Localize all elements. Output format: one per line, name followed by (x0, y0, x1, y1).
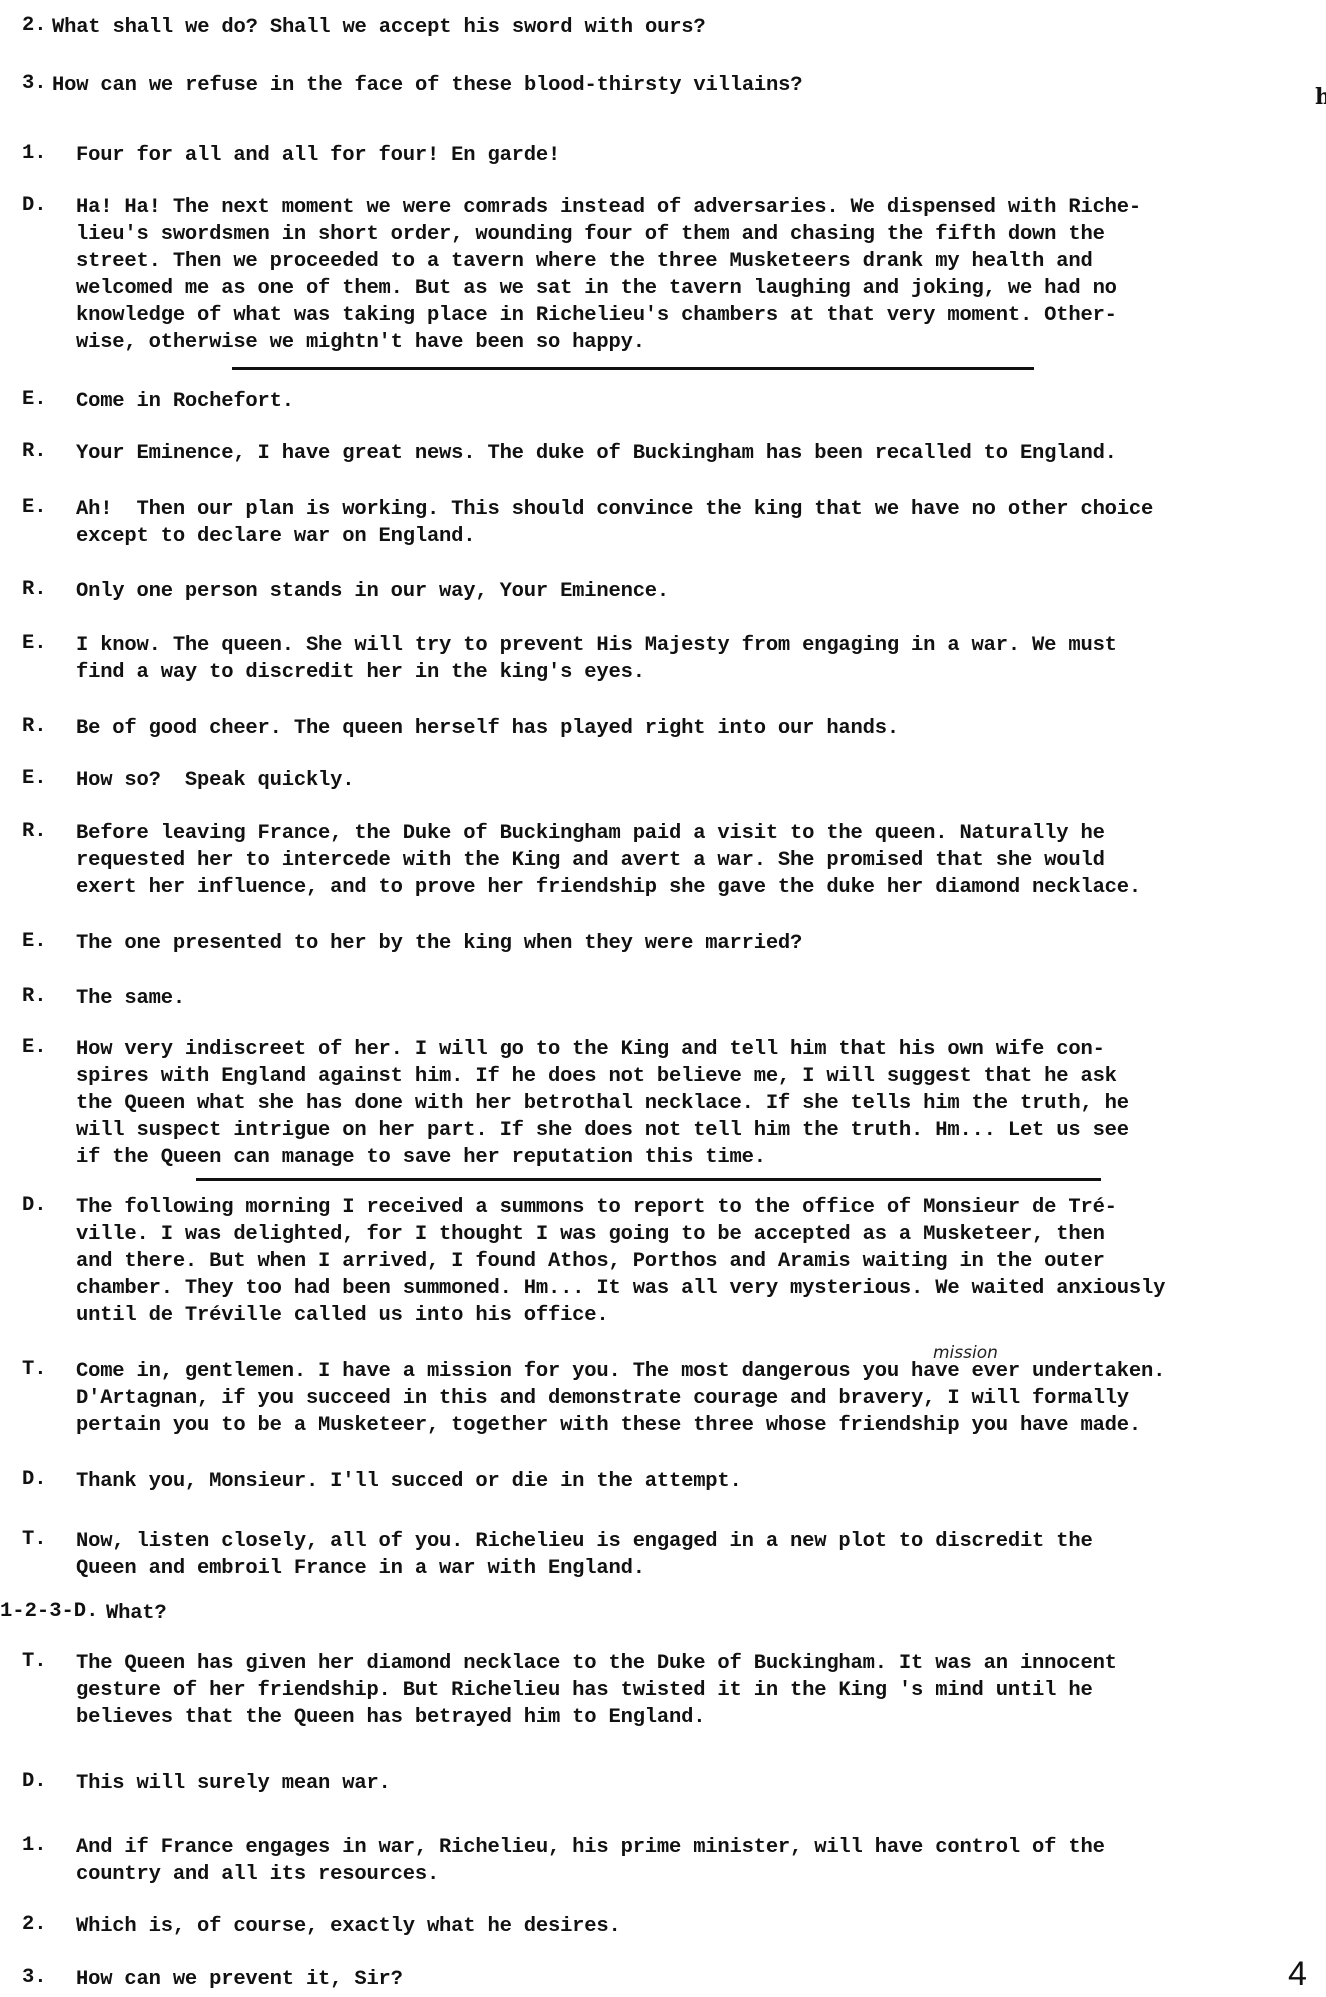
text-line: This will surely mean war. (76, 1770, 391, 1797)
text-line: I know. The queen. She will try to preve… (76, 632, 1117, 659)
text-line: Four for all and all for four! En garde! (76, 142, 560, 169)
text-line: ville. I was delighted, for I thought I … (76, 1221, 1165, 1248)
text-line: pertain you to be a Musketeer, together … (76, 1412, 1165, 1439)
text-line: until de Tréville called us into his off… (76, 1302, 1165, 1329)
speaker-label: T. (22, 1528, 47, 1551)
text-line: will suspect intrigue on her part. If sh… (76, 1117, 1129, 1144)
dialogue-text: Ah! Then our plan is working. This shoul… (76, 496, 1153, 550)
text-line: Now, listen closely, all of you. Richeli… (76, 1528, 1093, 1555)
text-line: lieu's swordsmen in short order, woundin… (76, 221, 1141, 248)
text-line: if the Queen can manage to save her repu… (76, 1144, 1129, 1171)
dialogue-text: How can we refuse in the face of these b… (52, 72, 802, 99)
text-line: How very indiscreet of her. I will go to… (76, 1036, 1129, 1063)
text-line: street. Then we proceeded to a tavern wh… (76, 248, 1141, 275)
text-line: Only one person stands in our way, Your … (76, 578, 669, 605)
text-line: Come in, gentlemen. I have a mission for… (76, 1358, 1165, 1385)
speaker-label: E. (22, 496, 47, 519)
speaker-label: D. (22, 1770, 47, 1793)
speaker-label: T. (22, 1358, 47, 1381)
text-line: Before leaving France, the Duke of Bucki… (76, 820, 1141, 847)
text-line: D'Artagnan, if you succeed in this and d… (76, 1385, 1165, 1412)
speaker-label: 1. (22, 142, 47, 165)
text-line: welcomed me as one of them. But as we sa… (76, 275, 1141, 302)
dialogue-text: This will surely mean war. (76, 1770, 391, 1797)
text-line: except to declare war on England. (76, 523, 1153, 550)
text-line: country and all its resources. (76, 1861, 1105, 1888)
text-line: chamber. They too had been summoned. Hm.… (76, 1275, 1165, 1302)
text-line: The one presented to her by the king whe… (76, 930, 802, 957)
dialogue-text: What shall we do? Shall we accept his sw… (52, 14, 706, 41)
text-line: spires with England against him. If he d… (76, 1063, 1129, 1090)
text-line: How can we refuse in the face of these b… (52, 72, 802, 99)
speaker-label: R. (22, 820, 47, 843)
text-line: Thank you, Monsieur. I'll succed or die … (76, 1468, 742, 1495)
speaker-label: E. (22, 1036, 47, 1059)
section-divider (196, 1178, 1101, 1181)
speaker-label: R. (22, 715, 47, 738)
dialogue-text: How very indiscreet of her. I will go to… (76, 1036, 1129, 1171)
text-line: knowledge of what was taking place in Ri… (76, 302, 1141, 329)
corner-mark: h (1315, 84, 1326, 110)
section-divider (232, 367, 1034, 370)
dialogue-text: Come in Rochefort. (76, 388, 294, 415)
text-line: Ah! Then our plan is working. This shoul… (76, 496, 1153, 523)
text-line: What shall we do? Shall we accept his sw… (52, 14, 706, 41)
dialogue-text: I know. The queen. She will try to preve… (76, 632, 1117, 686)
text-line: The following morning I received a summo… (76, 1194, 1165, 1221)
speaker-label: 2. (22, 1913, 47, 1936)
dialogue-text: Ha! Ha! The next moment we were comrads … (76, 194, 1141, 356)
dialogue-text: Which is, of course, exactly what he des… (76, 1913, 621, 1940)
speaker-label: R. (22, 985, 47, 1008)
speaker-label: 1. (22, 1834, 47, 1857)
dialogue-text: The Queen has given her diamond necklace… (76, 1650, 1117, 1731)
text-line: find a way to discredit her in the king'… (76, 659, 1117, 686)
dialogue-text: How so? Speak quickly. (76, 767, 354, 794)
speaker-label: D. (22, 1194, 47, 1217)
text-line: How can we prevent it, Sir? (76, 1966, 403, 1993)
text-line: What? (106, 1600, 167, 1627)
text-line: Your Eminence, I have great news. The du… (76, 440, 1117, 467)
dialogue-text: Be of good cheer. The queen herself has … (76, 715, 899, 742)
text-line: How so? Speak quickly. (76, 767, 354, 794)
speaker-label: E. (22, 632, 47, 655)
text-line: Which is, of course, exactly what he des… (76, 1913, 621, 1940)
text-line: requested her to intercede with the King… (76, 847, 1141, 874)
text-line: And if France engages in war, Richelieu,… (76, 1834, 1105, 1861)
text-line: gesture of her friendship. But Richelieu… (76, 1677, 1117, 1704)
text-line: exert her influence, and to prove her fr… (76, 874, 1141, 901)
dialogue-text: What? (106, 1600, 167, 1627)
text-line: Ha! Ha! The next moment we were comrads … (76, 194, 1141, 221)
text-line: The same. (76, 985, 185, 1012)
speaker-label: R. (22, 578, 47, 601)
speaker-label: 3. (22, 1966, 47, 1989)
dialogue-text: The same. (76, 985, 185, 1012)
speaker-label: T. (22, 1650, 47, 1673)
dialogue-text: Now, listen closely, all of you. Richeli… (76, 1528, 1093, 1582)
speaker-label: R. (22, 440, 47, 463)
dialogue-text: The following morning I received a summo… (76, 1194, 1165, 1329)
speaker-label: E. (22, 388, 47, 411)
text-line: wise, otherwise we mightn't have been so… (76, 329, 1141, 356)
speaker-label: 1-2-3-D. (0, 1600, 98, 1623)
speaker-label: 3. (22, 72, 47, 95)
dialogue-text: The one presented to her by the king whe… (76, 930, 802, 957)
speaker-label: D. (22, 194, 47, 217)
dialogue-text: And if France engages in war, Richelieu,… (76, 1834, 1105, 1888)
dialogue-text: Only one person stands in our way, Your … (76, 578, 669, 605)
dialogue-text: Your Eminence, I have great news. The du… (76, 440, 1117, 467)
speaker-label: D. (22, 1468, 47, 1491)
speaker-label: E. (22, 767, 47, 790)
dialogue-text: Come in, gentlemen. I have a mission for… (76, 1358, 1165, 1439)
dialogue-text: How can we prevent it, Sir? (76, 1966, 403, 1993)
text-line: the Queen what she has done with her bet… (76, 1090, 1129, 1117)
dialogue-text: Before leaving France, the Duke of Bucki… (76, 820, 1141, 901)
page-number: 4 (1288, 1955, 1307, 1994)
speaker-label: E. (22, 930, 47, 953)
text-line: and there. But when I arrived, I found A… (76, 1248, 1165, 1275)
handwritten-insertion: mission (933, 1343, 998, 1363)
script-page: 2.What shall we do? Shall we accept his … (0, 0, 1326, 1997)
text-line: believes that the Queen has betrayed him… (76, 1704, 1117, 1731)
text-line: Come in Rochefort. (76, 388, 294, 415)
dialogue-text: Thank you, Monsieur. I'll succed or die … (76, 1468, 742, 1495)
text-line: Be of good cheer. The queen herself has … (76, 715, 899, 742)
text-line: The Queen has given her diamond necklace… (76, 1650, 1117, 1677)
dialogue-text: Four for all and all for four! En garde! (76, 142, 560, 169)
text-line: Queen and embroil France in a war with E… (76, 1555, 1093, 1582)
speaker-label: 2. (22, 14, 47, 37)
